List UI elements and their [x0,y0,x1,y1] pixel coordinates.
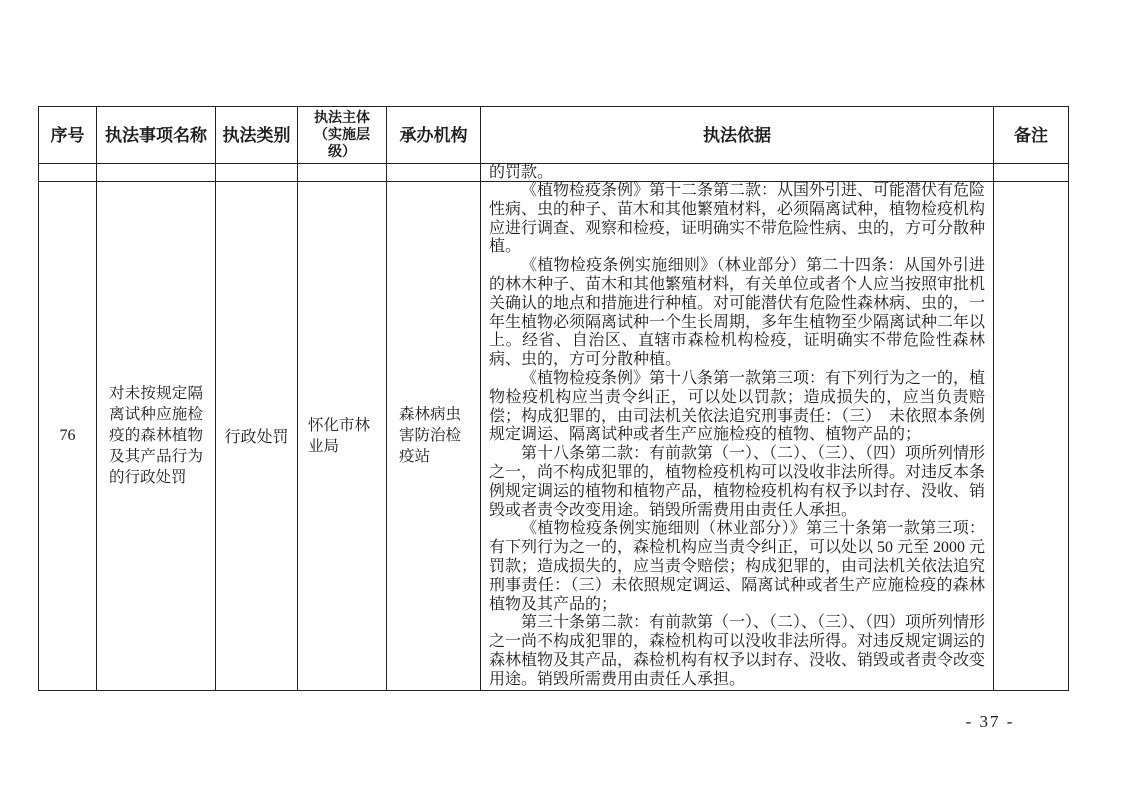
table-row-76: 76 对未按规定隔离试种应施检疫的森林植物及其产品行为的行政处罚 行政处罚 怀化… [39,182,1069,691]
cell-agency: 森林病虫害防治检疫站 [387,182,481,691]
col-header-item-name: 执法事项名称 [97,107,216,164]
basis-paragraph: 第十八条第二款：有前款第（一）、（二）、（三）、（四）项所列情形之一，尚不构成犯… [489,445,985,520]
enforcement-items-table: 序号 执法事项名称 执法类别 执法主体（实施层级） 承办机构 执法依据 备注 的… [38,106,1069,691]
col-header-agency: 承办机构 [387,107,481,164]
basis-paragraph: 《植物检疫条例》第十八条第一款第三项：有下列行为之一的，植物检疫机构应当责令纠正… [489,370,985,445]
basis-paragraphs: 《植物检疫条例》第十二条第二款：从国外引进、可能潜伏有危险性病、虫的种子、苗木和… [489,182,985,690]
cont-cell-item-name [97,164,216,182]
cell-item-name: 对未按规定隔离试种应施检疫的森林植物及其产品行为的行政处罚 [97,182,216,691]
col-header-subject-label: 执法主体（实施层级） [314,110,371,161]
table-header-row: 序号 执法事项名称 执法类别 执法主体（实施层级） 承办机构 执法依据 备注 [39,107,1069,164]
cont-cell-basis-text: 的罚款。 [481,164,994,182]
basis-paragraph: 《植物检疫条例实施细则》（林业部分）第二十四条：从国外引进的林木种子、苗木和其他… [489,257,985,370]
cont-cell-agency [387,164,481,182]
cell-subject-text: 怀化市林业局 [308,415,372,457]
cont-cell-subject [298,164,387,182]
cont-cell-seq [39,164,97,182]
page-number: - 37 - [948,712,1032,732]
col-header-subject: 执法主体（实施层级） [298,107,387,164]
cell-agency-text: 森林病虫害防治检疫站 [399,404,463,467]
cell-remark [994,182,1069,691]
cont-cell-category [216,164,298,182]
col-header-seq: 序号 [39,107,97,164]
col-header-basis: 执法依据 [481,107,994,164]
basis-paragraph: 《植物检疫条例》第十二条第二款：从国外引进、可能潜伏有危险性病、虫的种子、苗木和… [489,182,985,257]
cell-basis: 《植物检疫条例》第十二条第二款：从国外引进、可能潜伏有危险性病、虫的种子、苗木和… [481,182,994,691]
cell-subject: 怀化市林业局 [298,182,387,691]
cell-seq: 76 [39,182,97,691]
continuation-row: 的罚款。 [39,164,1069,182]
basis-paragraph: 第三十条第二款：有前款第（一）、（二）、（三）、（四）项所列情形之一尚不构成犯罪… [489,614,985,689]
col-header-remark: 备注 [994,107,1069,164]
cont-cell-remark [994,164,1069,182]
document-page: 序号 执法事项名称 执法类别 执法主体（实施层级） 承办机构 执法依据 备注 的… [0,0,1122,793]
col-header-category: 执法类别 [216,107,298,164]
basis-paragraph: 《植物检疫条例实施细则（林业部分）》第三十条第一款第三项：有下列行为之一的，森检… [489,520,985,614]
cell-category: 行政处罚 [216,182,298,691]
